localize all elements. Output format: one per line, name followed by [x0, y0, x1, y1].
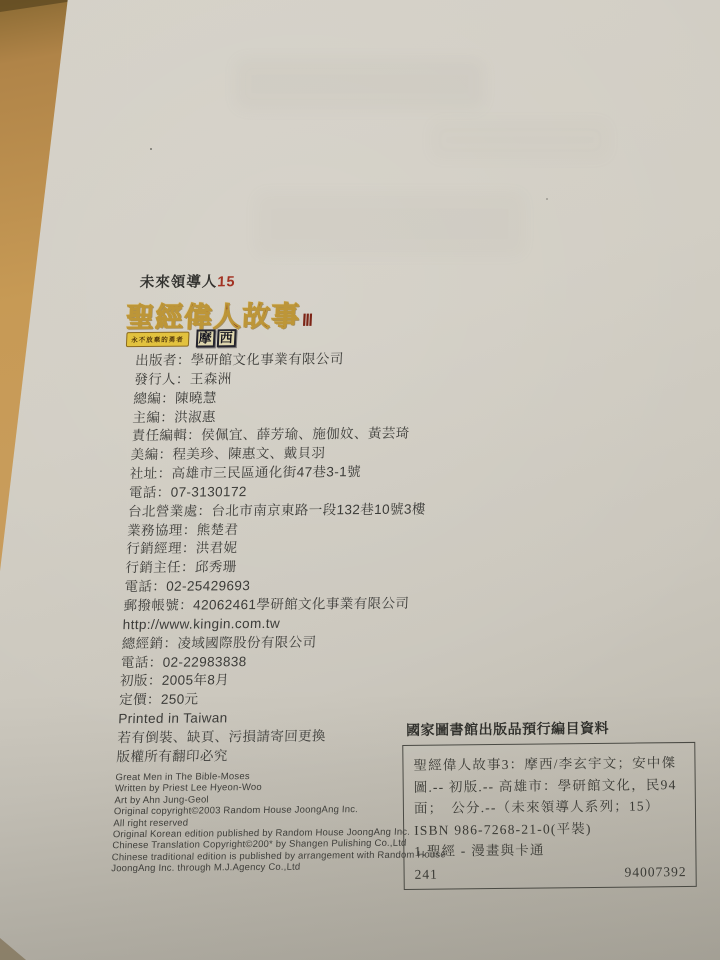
subtitle-char: 摩	[195, 329, 215, 347]
english-copyright-block: Great Men in The Bible-Moses Written by …	[111, 769, 450, 875]
colophon-line-marketing-manager: 行銷經理：洪君妮	[126, 538, 425, 559]
subtitle-row: 永不放棄的勇者 摩 西	[126, 329, 236, 348]
subtitle-moses: 摩 西	[195, 329, 236, 347]
cip-line-subject: 1.聖經 - 漫畫與卡通	[414, 838, 686, 862]
subtitle-char: 西	[216, 329, 236, 347]
book-page: 未來領導人15 聖經偉人故事Ⅲ 永不放棄的勇者 摩 西 出版者：學研館文化事業有…	[0, 0, 720, 960]
showthrough-smudge	[255, 192, 525, 256]
colophon-line-editors: 責任編輯：侯佩宜、薛芳瑜、施伽妏、黃芸琦	[131, 425, 430, 446]
cip-record-number: 94007392	[625, 864, 687, 881]
colophon-line-postal-account: 郵撥帳號：42062461學研館文化事業有限公司	[123, 595, 422, 616]
series-number: 15	[217, 274, 236, 290]
colophon-line-managing-editor: 主編：洪淑惠	[132, 406, 431, 427]
colophon-line-first-edition: 初版：2005年8月	[120, 670, 419, 691]
series-name: 未來領導人	[139, 274, 217, 291]
imprint-column: 未來領導人15 聖經偉人故事Ⅲ 永不放棄的勇者 摩 西 出版者：學研館文化事業有…	[13, 0, 493, 1]
cip-line-series: 面； 公分.--（未來領導人系列；15）	[414, 795, 686, 819]
colophon-line-art-editors: 美編：程美珍、陳惠文、戴貝羽	[130, 444, 429, 465]
cip-class-number: 241	[415, 866, 438, 882]
colophon-line-phone-2: 電話：02-25429693	[124, 576, 423, 597]
cip-line-isbn: ISBN 986-7268-21-0(平裝)	[414, 817, 686, 841]
colophon-line-distributor: 總經銷：凌域國際股份有限公司	[121, 632, 420, 653]
colophon-line-address: 社址：高雄市三民區通化街47巷3-1號	[129, 463, 428, 484]
colophon-block: 出版者：學研館文化事業有限公司 發行人：王森洲 總編：陳曉慧 主編：洪淑惠 責任…	[116, 349, 433, 766]
colophon-line-website: http://www.kingin.com.tw	[122, 613, 421, 634]
volume-numeral: Ⅲ	[302, 312, 314, 329]
showthrough-smudge	[235, 58, 485, 110]
book-photo: 未來領導人15 聖經偉人故事Ⅲ 永不放棄的勇者 摩 西 出版者：學研館文化事業有…	[0, 0, 720, 960]
colophon-line-taipei-office: 台北營業處：台北市南京東路一段132巷10號3樓	[128, 500, 427, 521]
dust-speck	[546, 198, 548, 200]
cip-footer: 241 94007392	[415, 864, 687, 883]
cip-heading: 國家圖書館出版品預行編目資料	[406, 717, 698, 740]
dust-speck	[150, 148, 152, 150]
cip-line-title: 聖經偉人故事3：摩西/李玄宇文；安中傑	[413, 752, 685, 776]
cip-block: 國家圖書館出版品預行編目資料 聖經偉人故事3：摩西/李玄宇文；安中傑 圖.-- …	[402, 717, 700, 890]
colophon-line-printed-in: Printed in Taiwan	[118, 708, 417, 729]
english-line: JoongAng Inc. through M.J.Agency Co.,Ltd	[111, 861, 446, 875]
cip-line-edition: 圖.-- 初版.-- 高雄市：學研館文化，民94	[414, 774, 686, 798]
showthrough-smudge	[430, 120, 610, 160]
series-label: 未來領導人15	[139, 270, 236, 292]
tagline-badge: 永不放棄的勇者	[126, 331, 189, 347]
colophon-line-phone-3: 電話：02-22983838	[120, 651, 419, 672]
colophon-line-copyright-notice: 版權所有翻印必究	[116, 745, 415, 766]
cip-box: 聖經偉人故事3：摩西/李玄宇文；安中傑 圖.-- 初版.-- 高雄市：學研館文化…	[402, 742, 696, 890]
colophon-line-issuer: 發行人：王森洲	[134, 368, 433, 389]
